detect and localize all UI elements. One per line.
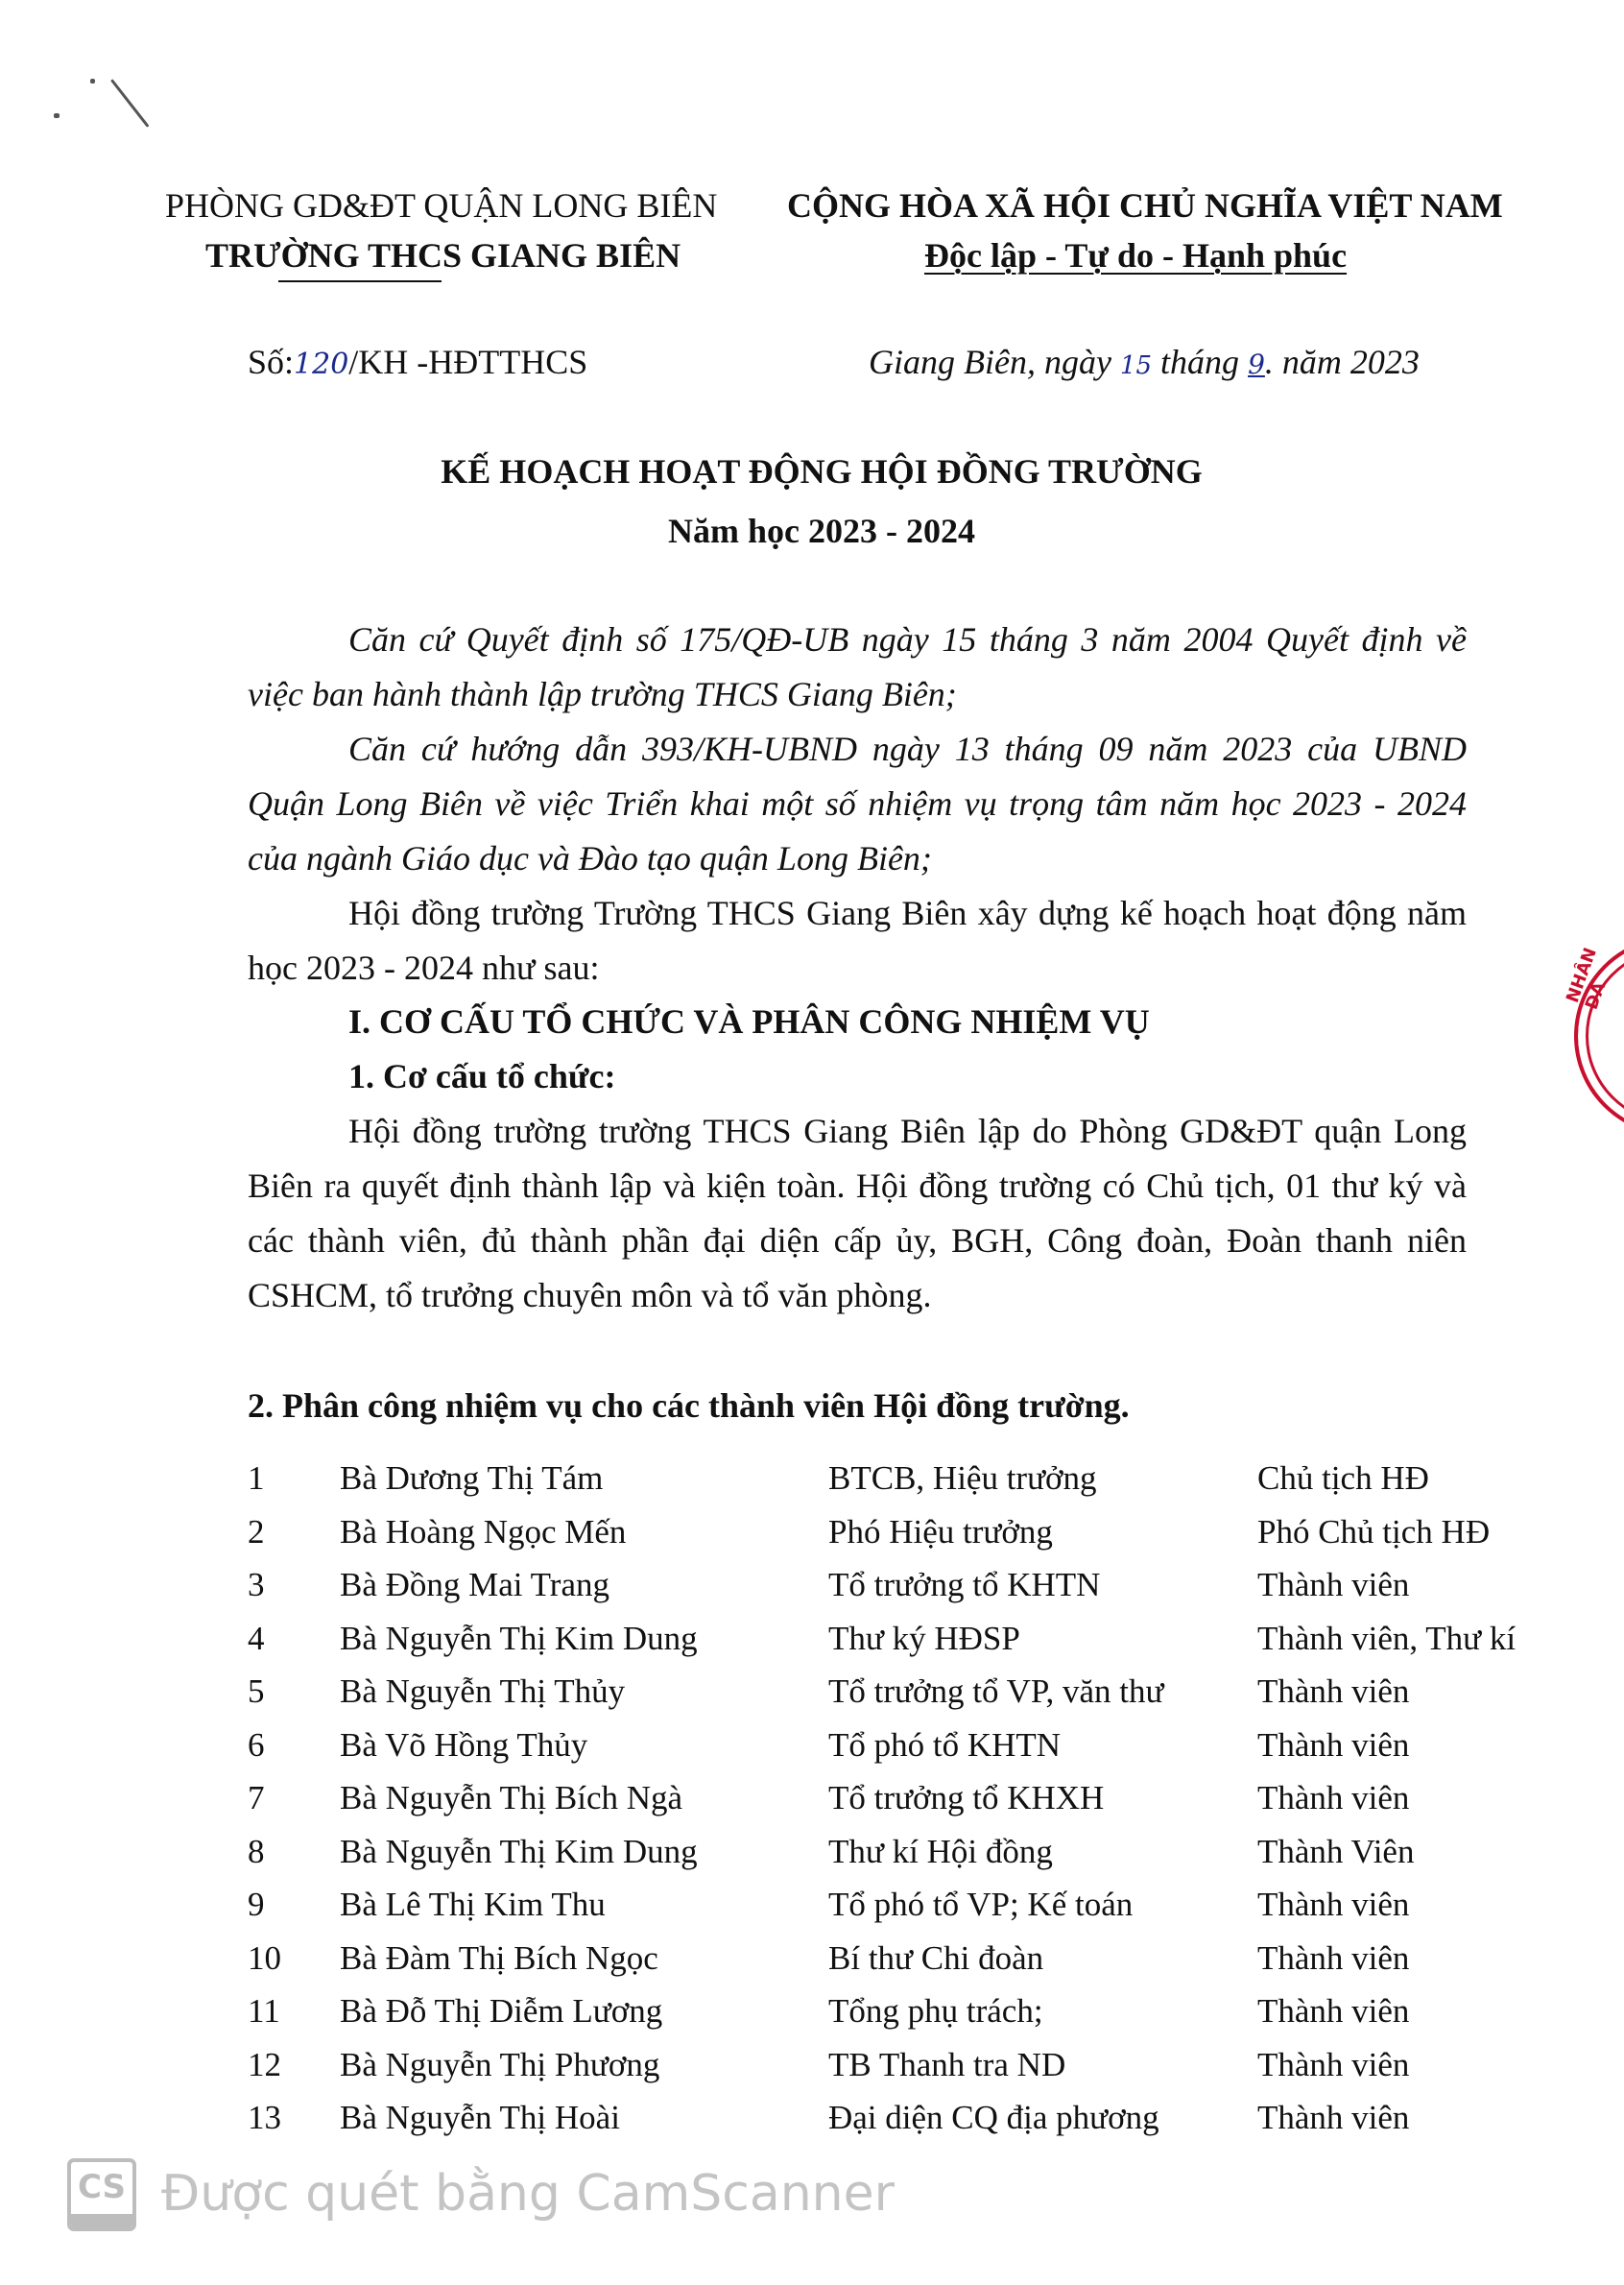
member-role: Thành viên [1257,1984,1409,2038]
section-1-1-body: Hội đồng trường trường THCS Giang Biên l… [248,1104,1467,1323]
member-row: 1Bà Dương Thị TámBTCB, Hiệu trưởngChủ tị… [248,1452,1611,1505]
member-position: BTCB, Hiệu trưởng [828,1452,1097,1505]
basis-paragraph-1: Căn cứ Quyết định số 175/QĐ-UB ngày 15 t… [248,613,1467,722]
camscanner-logo-icon: CS [67,2158,136,2231]
member-role: Thành viên [1257,1878,1409,1932]
scan-speck [90,79,95,84]
doc-number-handwritten: 120 [294,348,348,381]
member-position: Thư ký HĐSP [828,1612,1020,1666]
member-number: 12 [248,2038,281,2092]
member-role: Thành viên [1257,1665,1409,1719]
document-number: Số:120/KH -HĐTTHCS [248,341,587,386]
member-position: Phó Hiệu trưởng [828,1505,1053,1559]
member-name: Bà Nguyễn Thị Hoài [340,2091,620,2145]
intro-text: Hội đồng trường Trường THCS Giang Biên x… [248,894,1467,987]
intro-paragraph: Hội đồng trường Trường THCS Giang Biên x… [248,886,1467,996]
member-name: Bà Đồng Mai Trang [340,1558,609,1612]
member-role: Thành viên, Thư kí [1257,1612,1516,1666]
member-name: Bà Lê Thị Kim Thu [340,1878,606,1932]
date-year: . năm 2023 [1265,343,1420,381]
date-month-handwritten: 9 [1248,349,1265,380]
member-row: 12Bà Nguyễn Thị PhươngTB Thanh tra NDThà… [248,2038,1611,2092]
section-1-1-text: Hội đồng trường trường THCS Giang Biên l… [248,1112,1467,1314]
member-row: 3Bà Đồng Mai TrangTổ trưởng tổ KHTNThành… [248,1558,1611,1612]
national-motto: Độc lập - Tự do - Hạnh phúc [924,234,1347,277]
member-position: TB Thanh tra ND [828,2038,1065,2092]
camscanner-logo-bar [71,2214,132,2227]
date-day-handwritten: 15 [1120,351,1152,380]
basis-1-text: Căn cứ Quyết định số 175/QĐ-UB ngày 15 t… [248,620,1467,713]
country-name: CỘNG HÒA XÃ HỘI CHỦ NGHĨA VIỆT NAM [787,184,1503,227]
member-number: 1 [248,1452,265,1505]
member-number: 10 [248,1932,281,1985]
member-row: 7Bà Nguyễn Thị Bích NgàTổ trưởng tổ KHXH… [248,1771,1611,1825]
member-row: 10Bà Đàm Thị Bích NgọcBí thư Chi đoànThà… [248,1932,1611,1985]
member-number: 8 [248,1825,265,1879]
member-name: Bà Nguyễn Thị Thủy [340,1665,625,1719]
member-row: 2Bà Hoàng Ngọc MếnPhó Hiệu trưởngPhó Chủ… [248,1505,1611,1559]
member-row: 13Bà Nguyễn Thị HoàiĐại diện CQ địa phươ… [248,2091,1611,2145]
member-position: Tổ trưởng tổ KHTN [828,1558,1100,1612]
member-number: 4 [248,1612,265,1666]
member-name: Bà Dương Thị Tám [340,1452,603,1505]
member-number: 2 [248,1505,265,1559]
member-number: 7 [248,1771,265,1825]
doc-number-suffix: /KH -HĐTTHCS [348,343,587,381]
member-number: 5 [248,1665,265,1719]
member-row: 5Bà Nguyễn Thị ThủyTổ trưởng tổ VP, văn … [248,1665,1611,1719]
member-number: 13 [248,2091,281,2145]
member-position: Thư kí Hội đồng [828,1825,1053,1879]
camscanner-logo-text: CS [71,2168,132,2206]
scan-speck [54,113,60,118]
member-role: Thành viên [1257,1558,1409,1612]
member-role: Thành Viên [1257,1825,1414,1879]
member-number: 3 [248,1558,265,1612]
member-position: Bí thư Chi đoàn [828,1932,1043,1985]
section-1-1-heading: 1. Cơ cấu tổ chức: [348,1049,616,1104]
school-name: TRƯỜNG THCS GIANG BIÊN [205,234,681,277]
member-position: Tổ phó tổ VP; Kế toán [828,1878,1133,1932]
date-line: Giang Biên, ngày 15 tháng 9. năm 2023 [869,341,1420,387]
member-name: Bà Hoàng Ngọc Mến [340,1505,626,1559]
member-row: 8Bà Nguyễn Thị Kim DungThư kí Hội đồngTh… [248,1825,1611,1879]
member-position: Tổ trưởng tổ VP, văn thư [828,1665,1163,1719]
member-number: 9 [248,1878,265,1932]
member-name: Bà Nguyễn Thị Bích Ngà [340,1771,682,1825]
agency-name: PHÒNG GD&ĐT QUẬN LONG BIÊN [165,184,717,227]
school-name-text: TRƯỜNG THCS GIANG BIÊN [205,236,681,275]
section-1-2-heading: 2. Phân công nhiệm vụ cho các thành viên… [248,1379,1130,1433]
document-subtitle: Năm học 2023 - 2024 [0,509,1624,553]
member-name: Bà Nguyễn Thị Kim Dung [340,1825,698,1879]
member-name: Bà Nguyễn Thị Phương [340,2038,659,2092]
date-place: Giang Biên, ngày [869,343,1120,381]
member-role: Thành viên [1257,1719,1409,1772]
member-position: Tổ phó tổ KHTN [828,1719,1061,1772]
member-role: Phó Chủ tịch HĐ [1257,1505,1490,1559]
member-name: Bà Võ Hồng Thủy [340,1719,587,1772]
member-role: Thành viên [1257,2038,1409,2092]
scan-stroke [110,79,150,128]
member-position: Tổ trưởng tổ KHXH [828,1771,1104,1825]
member-number: 11 [248,1984,280,2038]
member-name: Bà Đỗ Thị Diễm Lương [340,1984,662,2038]
doc-number-prefix: Số: [248,343,294,381]
member-position: Tổng phụ trách; [828,1984,1043,2038]
basis-paragraph-2: Căn cứ hướng dẫn 393/KH-UBND ngày 13 thá… [248,722,1467,886]
member-row: 9Bà Lê Thị Kim ThuTổ phó tổ VP; Kế toánT… [248,1878,1611,1932]
section-1-heading: I. CƠ CẤU TỔ CHỨC VÀ PHÂN CÔNG NHIỆM VỤ [348,995,1150,1049]
member-position: Đại diện CQ địa phương [828,2091,1159,2145]
member-role: Chủ tịch HĐ [1257,1452,1429,1505]
date-month-label: tháng [1152,343,1248,381]
member-role: Thành viên [1257,1771,1409,1825]
member-row: 11Bà Đỗ Thị Diễm LươngTổng phụ trách;Thà… [248,1984,1611,2038]
member-row: 4Bà Nguyễn Thị Kim DungThư ký HĐSPThành … [248,1612,1611,1666]
member-row: 6Bà Võ Hồng ThủyTổ phó tổ KHTNThành viên [248,1719,1611,1772]
basis-2-text: Căn cứ hướng dẫn 393/KH-UBND ngày 13 thá… [248,730,1467,878]
camscanner-watermark: Được quét bằng CamScanner [161,2162,895,2225]
member-role: Thành viên [1257,2091,1409,2145]
member-number: 6 [248,1719,265,1772]
member-name: Bà Nguyễn Thị Kim Dung [340,1612,698,1666]
school-underline [278,280,442,282]
document-title: KẾ HOẠCH HOẠT ĐỘNG HỘI ĐỒNG TRƯỜNG [0,449,1624,493]
member-name: Bà Đàm Thị Bích Ngọc [340,1932,658,1985]
member-role: Thành viên [1257,1932,1409,1985]
